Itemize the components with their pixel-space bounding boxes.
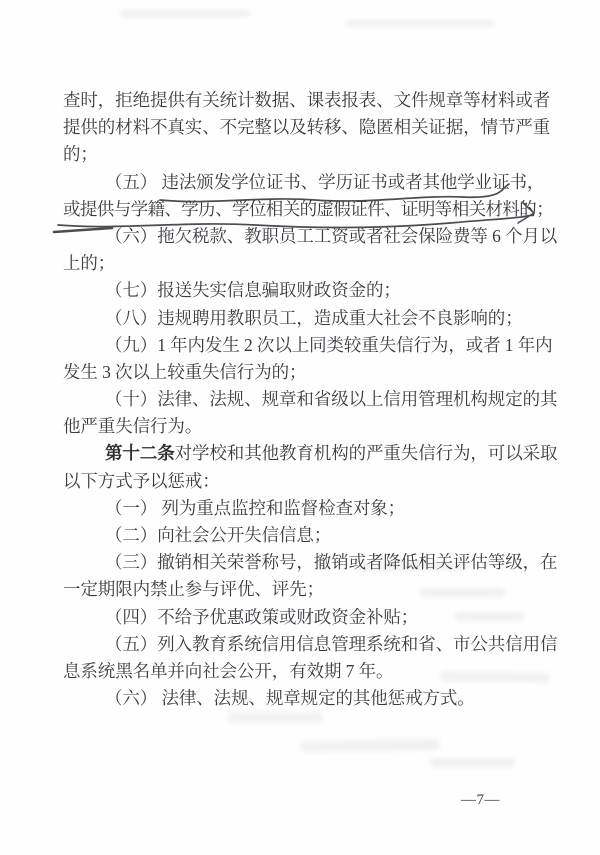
text-line-content: （九）1 年内发生 2 次以上同类较重失信行为，或者 1 年内 — [105, 335, 553, 355]
text-line-content: 对学校和其他教育机构的严重失信行为，可以采取 — [175, 443, 558, 463]
text-line: 或提供与学籍、学历、学位相关的虚假证件、证明等相关材料的； — [63, 196, 541, 223]
text-line-content: 发生 3 次以上较重失信行为的； — [63, 362, 306, 382]
text-line-content: 或提供与学籍、学历、学位相关的虚假证件、证明等相关材料的； — [63, 199, 553, 219]
text-line: （六）拖欠税款、教职员工工资或者社会保险费等 6 个月以 — [63, 223, 541, 250]
text-line: （九）1 年内发生 2 次以上同类较重失信行为，或者 1 年内 — [63, 332, 541, 359]
bleedthrough-smudge — [228, 712, 323, 723]
text-line-content: （六） 法律、法规、规章规定的其他惩戒方式。 — [105, 688, 475, 708]
text-line: 提供的材料不真实、不完整以及转移、隐匿相关证据，情节严重 — [63, 114, 541, 141]
text-line: 他严重失信行为。 — [63, 413, 541, 440]
text-line-content: （十）法律、法规、规章和省级以上信用管理机构规定的其 — [105, 389, 557, 409]
text-line-content: 他严重失信行为。 — [63, 416, 202, 436]
text-line-content: （七）报送失实信息骗取财政资金的； — [105, 280, 401, 300]
text-line: 查时，拒绝提供有关统计数据、课表报表、文件规章等材料或者 — [63, 87, 541, 114]
scanned-document-page: 查时，拒绝提供有关统计数据、课表报表、文件规章等材料或者提供的材料不真实、不完整… — [0, 0, 600, 855]
text-line: （三）撤销相关荣誉称号，撤销或者降低相关评估等级，在 — [63, 549, 541, 576]
text-line-content: （二）向社会公开失信信息； — [105, 525, 331, 545]
text-line-content: （五） 违法颁发学位证书、学历证书或者其他学业证书， — [105, 172, 544, 192]
text-line: （六） 法律、法规、规章规定的其他惩戒方式。 — [63, 685, 541, 712]
text-line: 以下方式予以惩戒： — [63, 468, 541, 495]
bleedthrough-smudge — [120, 10, 250, 17]
text-line-content: 提供的材料不真实、不完整以及转移、隐匿相关证据，情节严重 — [63, 117, 550, 137]
text-line-content: （六）拖欠税款、教职员工工资或者社会保险费等 6 个月以 — [105, 226, 557, 246]
text-line-content: 息系统黑名单并向社会公开，有效期 7 年。 — [63, 661, 393, 681]
text-line: 息系统黑名单并向社会公开，有效期 7 年。 — [63, 658, 541, 685]
text-line: 的； — [63, 141, 541, 168]
text-line: （七）报送失实信息骗取财政资金的； — [63, 277, 541, 304]
text-line: （十）法律、法规、规章和省级以上信用管理机构规定的其 — [63, 386, 541, 413]
article-number-bold: 第十二条 — [105, 443, 175, 463]
bleedthrough-smudge — [345, 20, 495, 27]
text-line-content: （三）撤销相关荣誉称号，撤销或者降低相关评估等级，在 — [105, 552, 557, 572]
text-line: 一定期限内禁止参与评优、评先； — [63, 576, 541, 603]
text-line-content: （八）违规聘用教职员工，造成重大社会不良影响的； — [105, 308, 523, 328]
text-line: 上的； — [63, 250, 541, 277]
text-line-content: （五）列入教育系统信用信息管理系统和省、市公共信用信 — [105, 634, 557, 654]
text-line: （二）向社会公开失信信息； — [63, 522, 541, 549]
bleedthrough-smudge — [300, 739, 440, 752]
text-line: （四）不给予优惠政策或财政资金补贴； — [63, 604, 541, 631]
text-line: 第十二条对学校和其他教育机构的严重失信行为，可以采取 — [63, 440, 541, 467]
text-line-content: 查时，拒绝提供有关统计数据、课表报表、文件规章等材料或者 — [63, 90, 550, 110]
text-line: （八）违规聘用教职员工，造成重大社会不良影响的； — [63, 305, 541, 332]
text-line-content: 以下方式予以惩戒： — [63, 471, 220, 491]
text-line-content: 上的； — [63, 253, 115, 273]
text-line: （五） 违法颁发学位证书、学历证书或者其他学业证书， — [63, 169, 541, 196]
page-number: —7— — [461, 792, 500, 809]
text-line-content: 一定期限内禁止参与评优、评先； — [63, 579, 324, 599]
document-body: 查时，拒绝提供有关统计数据、课表报表、文件规章等材料或者提供的材料不真实、不完整… — [63, 87, 541, 712]
text-line: （一） 列为重点监控和监督检查对象； — [63, 495, 541, 522]
text-line-content: （一） 列为重点监控和监督检查对象； — [105, 498, 405, 518]
text-line-content: （四）不给予优惠政策或财政资金补贴； — [105, 607, 418, 627]
text-line: 发生 3 次以上较重失信行为的； — [63, 359, 541, 386]
text-line-content: 的； — [63, 144, 98, 164]
text-line: （五）列入教育系统信用信息管理系统和省、市公共信用信 — [63, 631, 541, 658]
bleedthrough-smudge — [430, 758, 515, 767]
